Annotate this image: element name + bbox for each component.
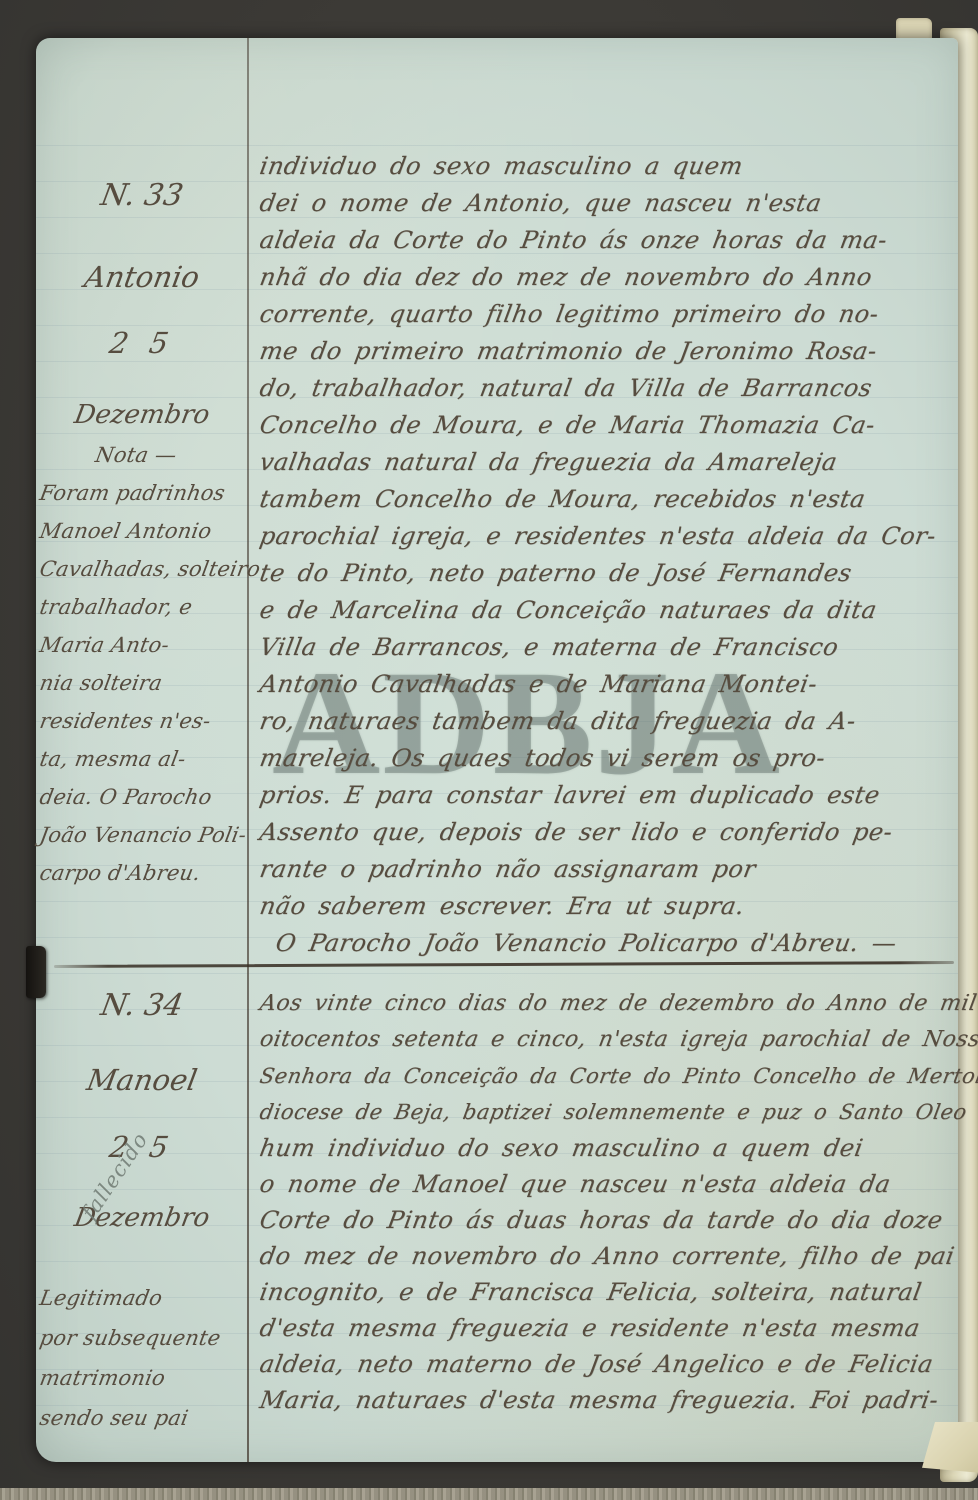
margin-note-line: residentes n'es- (37, 702, 236, 740)
record-2-line: Corte do Pinto ás duas horas da tarde do… (257, 1202, 963, 1238)
record-1-line: prios. E para constar lavrei em duplicad… (257, 777, 964, 814)
margin-note-line: ta, mesma al- (37, 740, 236, 778)
record-2-line: do mez de novembro do Anno corrente, fil… (257, 1238, 963, 1274)
margin-note-line: João Venancio Poli- (37, 816, 236, 854)
scan-background: ADBJA N. 33 Antonio 2 5 Dezembro Nota — … (0, 0, 978, 1500)
record-2-line: Senhora da Conceição da Corte do Pinto C… (257, 1058, 963, 1094)
record-1-line: Concelho de Moura, e de Maria Thomazia C… (257, 407, 964, 444)
record-1-line: ro, naturaes tambem da dita freguezia da… (257, 703, 964, 740)
record-2-body: Aos vinte cinco dias do mez de dezembro … (260, 986, 960, 1418)
record-separator-line (54, 961, 954, 968)
record-1-name: Antonio (41, 260, 243, 294)
record-1-line: parochial igreja, e residentes n'esta al… (257, 518, 964, 555)
record-2-name: Manoel (41, 1063, 243, 1097)
book-edge-strip (0, 1488, 978, 1500)
record-1-line: nhã do dia dez do mez de novembro do Ann… (257, 259, 964, 296)
record-1-line: Assento que, depois de ser lido e confer… (257, 814, 964, 851)
folded-page-corner (922, 1422, 978, 1474)
margin-divider-line (247, 38, 249, 1462)
record-1-signature: O Parocho João Venancio Policarpo d'Abre… (257, 925, 964, 962)
record-1-line: dei o nome de Antonio, que nasceu n'esta (257, 185, 964, 222)
record-1-line: te do Pinto, neto paterno de José Fernan… (257, 555, 964, 592)
register-page: ADBJA N. 33 Antonio 2 5 Dezembro Nota — … (36, 38, 958, 1462)
record-2-line: o nome de Manoel que nasceu n'esta aldei… (257, 1166, 963, 1202)
record-1-line: do, trabalhador, natural da Villa de Bar… (257, 370, 964, 407)
record-2-line: Aos vinte cinco dias do mez de dezembro … (257, 986, 963, 1022)
margin-note-line: sendo seu pai (36, 1398, 235, 1438)
record-2-number: N. 34 (41, 988, 243, 1023)
record-1-line: tambem Concelho de Moura, recebidos n'es… (257, 481, 964, 518)
margin-note-line: Cavalhadas, solteiro (37, 550, 236, 588)
record-2-line: Maria, naturaes d'esta mesma freguezia. … (257, 1382, 963, 1418)
record-2-month: Dezembro (41, 1203, 242, 1233)
record-1-line: Villa de Barrancos, e materna de Francis… (257, 629, 964, 666)
record-1-month: Dezembro (41, 400, 242, 430)
record-1-line: valhadas natural da freguezia da Amarele… (257, 444, 964, 481)
margin-note-line: Maria Anto- (37, 626, 236, 664)
record-2-line: oitocentos setenta e cinco, n'esta igrej… (257, 1022, 963, 1058)
margin-note-line: nia solteira (37, 664, 236, 702)
record-1-line: Antonio Cavalhadas e de Mariana Montei- (257, 666, 964, 703)
margin-note-line: Legitimado (36, 1278, 235, 1318)
record-2-line: aldeia, neto materno de José Angelico e … (257, 1346, 963, 1382)
record-1-line: aldeia da Corte do Pinto ás onze horas d… (257, 222, 964, 259)
record-1-line: corrente, quarto filho legitimo primeiro… (257, 296, 964, 333)
record-1-body: individuo do sexo masculino a quem dei o… (260, 148, 960, 962)
record-2-line: d'esta mesma freguezia e residente n'est… (257, 1310, 963, 1346)
margin-note-line: por subsequente (36, 1318, 235, 1358)
margin-note-line: Nota — (37, 436, 236, 474)
record-1-line: rante o padrinho não assignaram por (257, 851, 964, 888)
record-2-line: diocese de Beja, baptizei solemnemente e… (257, 1094, 963, 1130)
record-1-line: individuo do sexo masculino a quem (257, 148, 964, 185)
margin-note-line: carpo d'Abreu. (37, 854, 236, 892)
record-1-line: mareleja. Os quaes todos vi serem os pro… (257, 740, 964, 777)
record-2-line: hum individuo do sexo masculino a quem d… (257, 1130, 963, 1166)
margin-note-line: matrimonio (36, 1358, 235, 1398)
record-1-line: não saberem escrever. Era ut supra. (257, 888, 964, 925)
record-1-line: e de Marcelina da Conceição naturaes da … (257, 592, 964, 629)
record-2-margin-note: Legitimado por subsequente matrimonio se… (40, 1278, 232, 1438)
margin-note-line: deia. O Parocho (37, 778, 236, 816)
margin-note-line: trabalhador, e (37, 588, 236, 626)
record-1-day: 2 5 (41, 326, 243, 360)
binding-clip (26, 946, 46, 998)
margin-note-line: Foram padrinhos (37, 474, 236, 512)
margin-note-line: Manoel Antonio (37, 512, 236, 550)
record-1-margin-note: Nota — Foram padrinhos Manoel Antonio Ca… (40, 436, 232, 892)
record-1-number: N. 33 (41, 178, 243, 213)
record-2-line: incognito, e de Francisca Felicia, solte… (257, 1274, 963, 1310)
record-1-line: me do primeiro matrimonio de Jeronimo Ro… (257, 333, 964, 370)
